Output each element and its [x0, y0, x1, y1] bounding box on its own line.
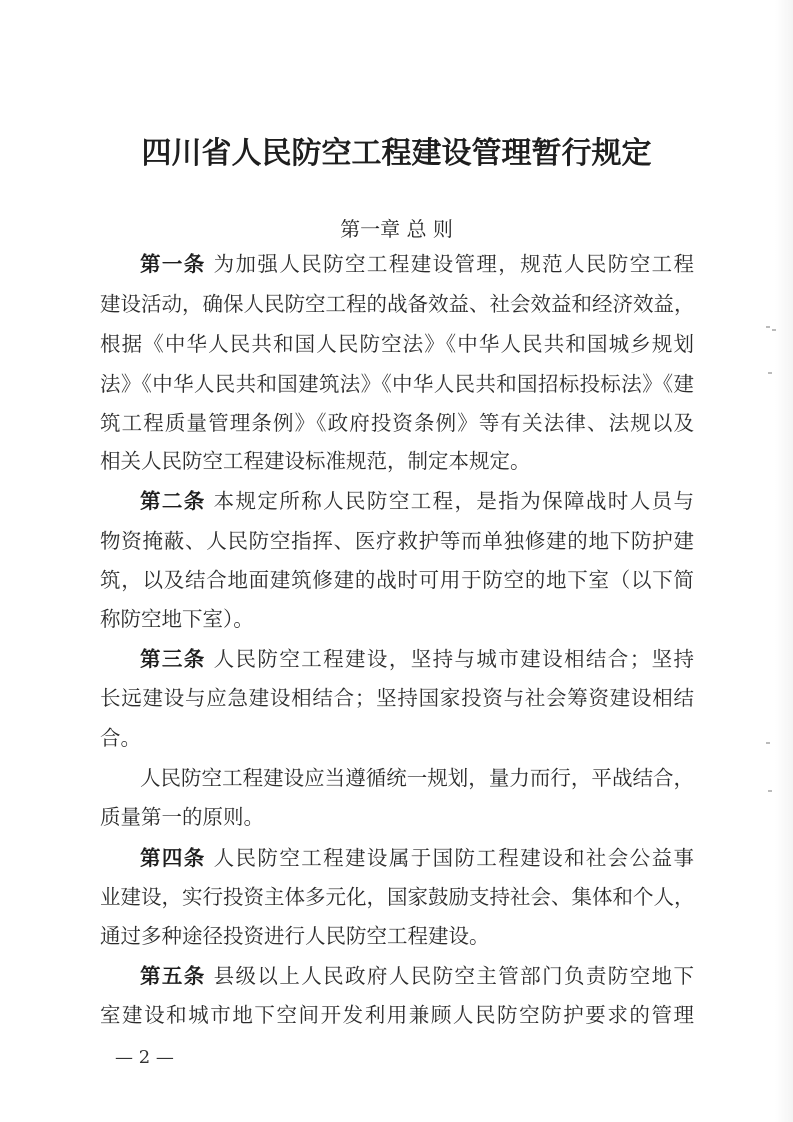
article-3-para2-line-2: 质量第一的原则。 [100, 805, 694, 829]
article-1-line-6: 相关人民防空工程建设标准规范，制定本规定。 [100, 449, 694, 473]
article-label: 第五条 [140, 964, 206, 988]
article-2-line-1: 第二条 本规定所称人民防空工程，是指为保障战时人员与 [140, 489, 694, 513]
article-2-line-2: 物资掩蔽、人民防空指挥、医疗救护等而单独修建的地下防护建 [100, 529, 694, 553]
scan-speck [766, 326, 770, 328]
article-1-line-3: 根据《中华人民共和国人民防空法》《中华人民共和国城乡规划 [100, 332, 694, 356]
article-4-line-1: 第四条 人民防空工程建设属于国防工程建设和社会公益事 [140, 846, 694, 870]
document-title: 四川省人民防空工程建设管理暂行规定 [0, 128, 793, 172]
page-number: — 2 — [115, 1047, 174, 1068]
article-4-line-2: 业建设，实行投资主体多元化，国家鼓励支持社会、集体和个人， [100, 885, 694, 909]
scan-speck [766, 742, 770, 744]
article-2-line-4: 称防空地下室）。 [100, 607, 694, 631]
scan-speck [768, 790, 772, 792]
article-4-line-3: 通过多种途径投资进行人民防空工程建设。 [100, 924, 694, 948]
article-3-line-1: 第三条 人民防空工程建设，坚持与城市建设相结合；坚持 [140, 647, 694, 671]
article-1-line-2: 建设活动，确保人民防空工程的战备效益、社会效益和经济效益， [100, 292, 694, 316]
article-2-line-3: 筑，以及结合地面建筑修建的战时可用于防空的地下室（以下简 [100, 568, 694, 592]
scan-speck [772, 329, 776, 331]
article-3-line-2: 长远建设与应急建设相结合；坚持国家投资与社会筹资建设相结 [100, 686, 694, 710]
article-1-line-5: 筑工程质量管理条例》《政府投资条例》等有关法律、法规以及 [100, 411, 694, 435]
article-5-line-2: 室建设和城市地下空间开发利用兼顾人民防空防护要求的管理 [100, 1003, 694, 1027]
article-label: 第三条 [140, 647, 206, 671]
article-label: 第一条 [140, 252, 206, 276]
article-5-line-1: 第五条 县级以上人民政府人民防空主管部门负责防空地下 [140, 964, 694, 988]
document-page: 四川省人民防空工程建设管理暂行规定 第一章 总 则 第一条 为加强人民防空工程建… [0, 0, 793, 1122]
article-3-para2-line-1: 人民防空工程建设应当遵循统一规划，量力而行，平战结合， [140, 766, 694, 790]
article-label: 第二条 [140, 489, 206, 513]
article-1-line-4: 法》《中华人民共和国建筑法》《中华人民共和国招标投标法》《建 [100, 372, 694, 396]
article-label: 第四条 [140, 846, 206, 870]
chapter-heading: 第一章 总 则 [0, 213, 793, 242]
scan-speck [768, 372, 772, 374]
article-1-line-1: 第一条 为加强人民防空工程建设管理，规范人民防空工程 [140, 252, 694, 276]
article-3-line-3: 合。 [100, 726, 694, 750]
